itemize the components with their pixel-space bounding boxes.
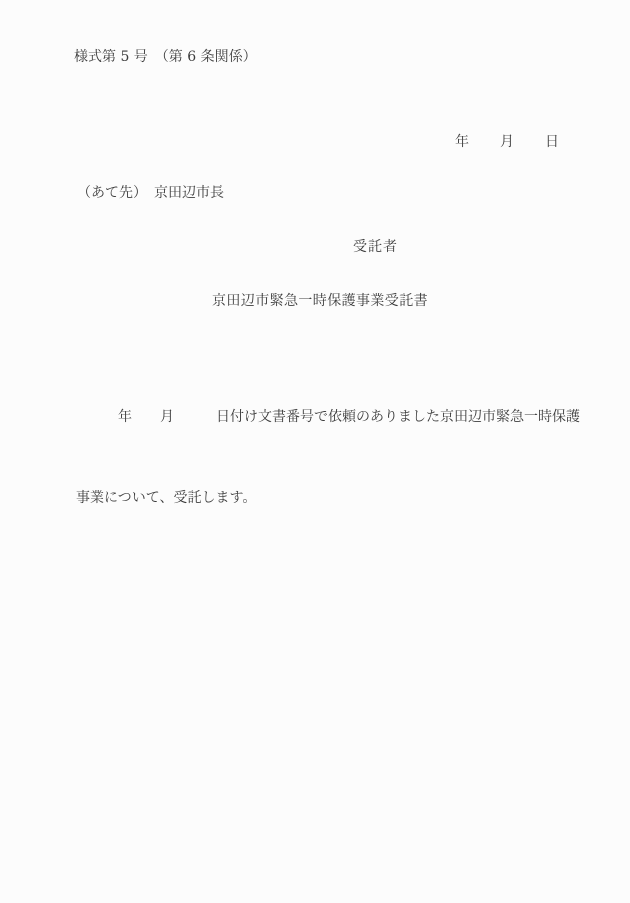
consignee-label: 受託者 xyxy=(353,239,398,255)
document-title: 京田辺市緊急一時保護事業受託書 xyxy=(75,293,565,309)
body-line-2: 事業について、受託します。 xyxy=(76,485,576,512)
recipient-line: （あて先） 京田辺市長 xyxy=(77,185,224,201)
date-line: 年 月 日 xyxy=(455,134,560,150)
body-paragraph: 年 月 日付け文書番号で依頼のありました京田辺市緊急一時保護 事業について、受託… xyxy=(76,350,576,566)
document-page: 様式第 5 号 （第 6 条関係） 年 月 日 （あて先） 京田辺市長 受託者 … xyxy=(0,0,630,903)
form-number-line: 様式第 5 号 （第 6 条関係） xyxy=(74,49,257,65)
body-line-1: 年 月 日付け文書番号で依頼のありました京田辺市緊急一時保護 xyxy=(76,404,576,431)
